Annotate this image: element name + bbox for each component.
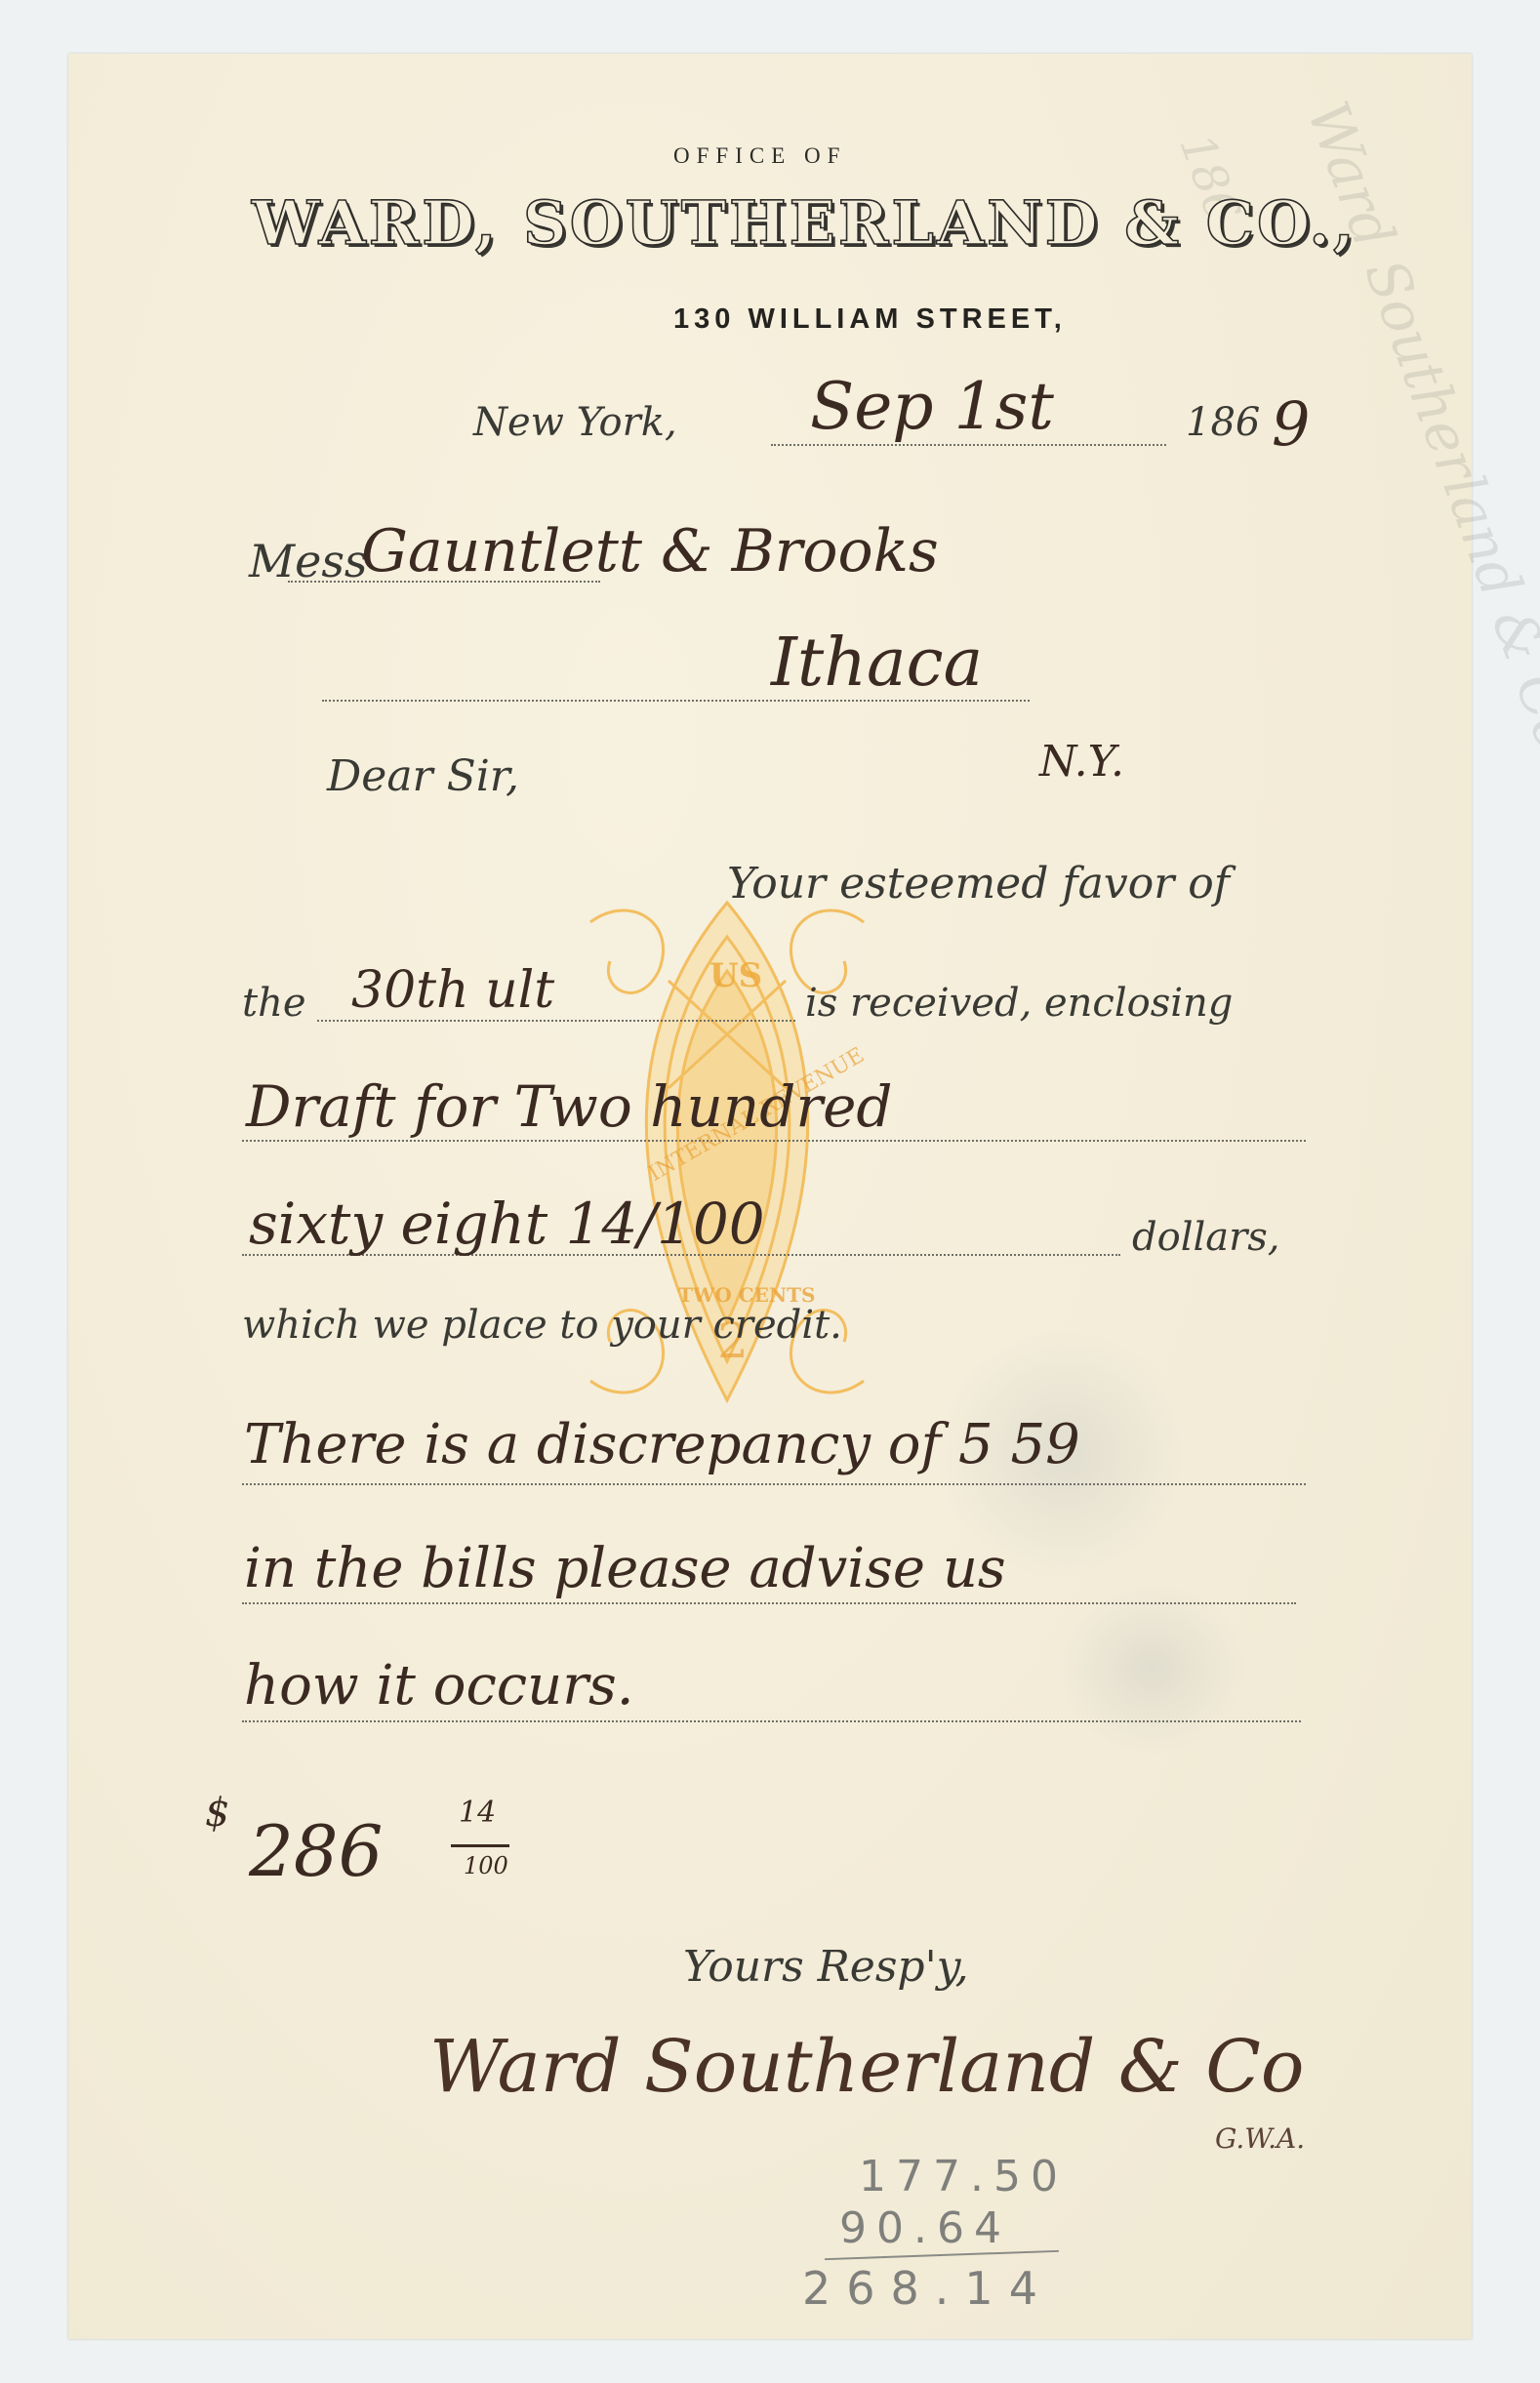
year-printed: 186 [1186, 400, 1260, 445]
body-line-2-end: is received, enclosing [805, 981, 1233, 1026]
fraction-bar [451, 1844, 509, 1847]
note-text-1: There is a discrepancy of 5 59 [244, 1413, 1080, 1476]
dollar-sign: $ [205, 1791, 229, 1836]
favor-date-handwritten: 30th ult [351, 961, 554, 1020]
amount-dollars: 286 [249, 1810, 383, 1892]
firm-name-heading: WARD, SOUTHERLAND & CO., [252, 187, 1358, 259]
pencil-addend-2: 90.64 [839, 2203, 1011, 2253]
year-handwritten: 9 [1272, 388, 1310, 460]
amount-cents-denominator: 100 [464, 1852, 508, 1879]
date-line [771, 444, 1166, 446]
amount-words-line-1 [242, 1140, 1306, 1142]
amount-words-1: Draft for Two hundred [246, 1073, 893, 1140]
date-handwritten: Sep 1st [810, 369, 1054, 444]
body-line-5: which we place to your credit. [242, 1303, 842, 1348]
amount-words-2: sixty eight 14/100 [249, 1191, 765, 1257]
signature-initials: G.W.A. [1215, 2122, 1305, 2155]
signature: Ward Southerland & Co [429, 2025, 1304, 2109]
closing-printed: Yours Resp'y, [683, 1942, 969, 1992]
note-line-1 [242, 1483, 1306, 1485]
amount-cents-numerator: 14 [459, 1796, 496, 1830]
firm-address: 130 WILLIAM STREET, [673, 303, 1067, 336]
body-line-2-start: the [242, 981, 306, 1026]
water-stain [1054, 1581, 1249, 1757]
note-text-2: in the bills please advise us [244, 1537, 1006, 1600]
addressee-city: Ithaca [771, 625, 983, 702]
stamp-us-label: US [709, 956, 762, 995]
dateline-city: New York, [473, 400, 677, 445]
pencil-addend-1: 177.50 [859, 2152, 1068, 2201]
note-line-2 [242, 1602, 1296, 1604]
body-line-1: Your esteemed favor of [727, 859, 1230, 909]
note-text-3: how it occurs. [244, 1654, 634, 1717]
ult-line [317, 1020, 795, 1022]
addressee-state: N.Y. [1039, 737, 1124, 787]
addressee-name: Gauntlett & Brooks [361, 517, 939, 586]
greeting: Dear Sir, [327, 751, 519, 801]
office-of-label: OFFICE OF [673, 143, 846, 169]
note-line-3 [242, 1720, 1301, 1722]
pencil-total: 268.14 [802, 2262, 1053, 2315]
dollars-label: dollars, [1132, 1215, 1279, 1260]
addressee-prefix: Mess [249, 535, 368, 587]
